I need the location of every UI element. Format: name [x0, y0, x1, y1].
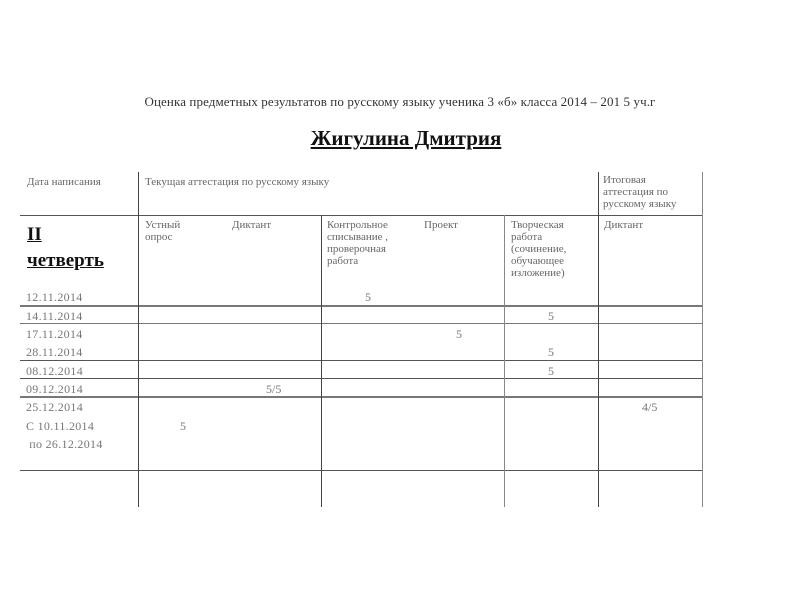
mark-project: 5 [456, 327, 462, 342]
subheader-creative: Творческая работа (сочинение, обучающее … [511, 219, 566, 279]
header-final: Итоговая аттестация по русскому языку [603, 174, 676, 210]
col-divider [138, 172, 139, 507]
row-divider [20, 378, 703, 379]
col-divider [321, 215, 322, 507]
date-cell: 28.11.2014 [26, 345, 83, 360]
col-divider [702, 172, 703, 507]
date-cell: 12.11.2014 [26, 290, 83, 305]
mark-final-dictation: 4/5 [642, 400, 657, 415]
col-divider [598, 172, 599, 507]
mark-creative: 5 [548, 309, 554, 324]
mark-oral: 5 [180, 419, 186, 434]
subheader-dictation: Диктант [232, 219, 271, 231]
mark-dictation: 5/5 [266, 382, 281, 397]
header-current: Текущая аттестация по русскому языку [145, 176, 329, 188]
subheader-oral: Устный опрос [145, 219, 180, 243]
row-divider [20, 360, 703, 361]
mark-creative: 5 [548, 364, 554, 379]
row-divider [20, 323, 703, 324]
date-cell: 17.11.2014 [26, 327, 83, 342]
col-divider [504, 215, 505, 507]
mark-creative: 5 [548, 345, 554, 360]
row-divider [20, 305, 703, 307]
row-divider [20, 396, 703, 398]
subheader-final-dictation: Диктант [604, 219, 643, 231]
quarter-label: II четверть [27, 222, 104, 274]
date-cell: 09.12.2014 [26, 382, 83, 397]
row-divider [20, 215, 703, 216]
date-cell: по 26.12.2014 [26, 437, 103, 452]
header-date: Дата написания [27, 176, 101, 188]
mark-control: 5 [365, 290, 371, 305]
subheader-control: Контрольное списывание , проверочная раб… [327, 219, 388, 267]
date-cell: С 10.11.2014 [26, 419, 94, 434]
date-cell: 08.12.2014 [26, 364, 83, 379]
grades-table: Дата написания Текущая аттестация по рус… [0, 0, 800, 600]
date-cell: 14.11.2014 [26, 309, 83, 324]
date-cell: 25.12.2014 [26, 400, 83, 415]
row-divider [20, 470, 703, 471]
subheader-project: Проект [424, 219, 458, 231]
